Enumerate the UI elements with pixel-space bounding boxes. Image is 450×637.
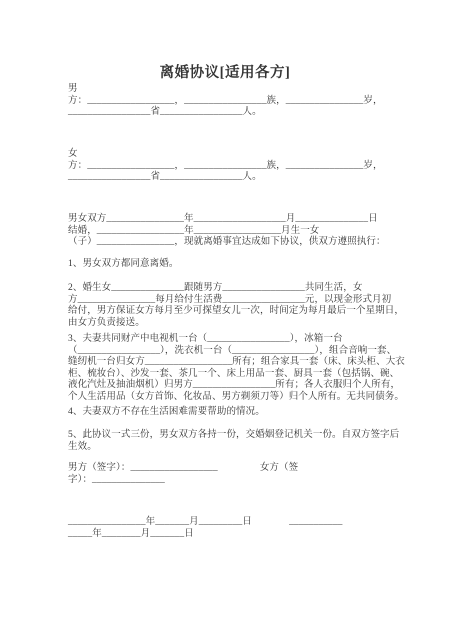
clause3-line-2: （_________________），洗衣机一台（______________…: [68, 346, 393, 358]
clause2-line-4: 由女方负责接送。: [68, 318, 393, 330]
clause4-line-1: 4、夫妻双方不存在生活困难需要帮助的情况。: [68, 407, 393, 419]
document-title: 离婚协议[适用各方]: [0, 61, 450, 82]
male-line-2: 方：__________________，_________________族，…: [68, 96, 393, 108]
clause2-line-2: 方________________每月给付生活费________________…: [68, 295, 393, 307]
male-line-1: 男: [68, 84, 393, 96]
clause3-line-1: 3、夫妻共同财产中电视机一台（_________________），冰箱一台: [68, 334, 393, 346]
male-line-3: _________________省_________________人。: [68, 107, 393, 119]
marriage-intro-paragraph: 男女双方________________年___________________…: [68, 214, 393, 249]
clause2-line-3: 给付，男方保证女方每月至少可探望女儿一次，时间定为每月最后一个星期日，: [68, 306, 393, 318]
signature-section: 男方（签字）：__________________ 女方（签 字）：______…: [68, 463, 393, 486]
party-female-section: 女 方：__________________，_________________…: [68, 149, 393, 184]
clause-4-no-hardship: 4、夫妻双方不存在生活困难需要帮助的情况。: [68, 407, 393, 419]
female-line-3: _________________省_________________人。: [68, 172, 393, 184]
signature-line-1: 男方（签字）：__________________ 女方（签: [68, 463, 393, 475]
marriage-line-3: （子）________________，现就离婚事宜达成如下协议，供双方遵照执行…: [68, 237, 393, 249]
marriage-line-1: 男女双方________________年___________________…: [68, 214, 393, 226]
clause3-line-4: 柜、梳妆台）、沙发一套、茶几一个、床上用品一套、厨具一套（包括锅、碗、: [68, 369, 393, 381]
clause-5-copies-effectiveness: 5、此协议一式三份，男女双方各持一份，交婚姻登记机关一份。自双方签字后 生效。: [68, 430, 393, 453]
signature-line-2: 字）：_______________: [68, 475, 393, 487]
clause1-line-1: 1、男女双方都同意离婚。: [68, 259, 393, 271]
clause3-line-6: 个人生活用品（女方首饰、化妆品、男方剃须刀等）归个人所有。无共同债务。: [68, 392, 393, 404]
female-line-1: 女: [68, 149, 393, 161]
date-line-2: _____年________月_______日: [68, 529, 393, 541]
party-male-section: 男 方：__________________，_________________…: [68, 84, 393, 119]
clause-2-child-custody: 2、婚生女_______________跟随男方________________…: [68, 283, 393, 329]
clause5-line-2: 生效。: [68, 442, 393, 454]
marriage-line-2: 结婚，__________________年__________________…: [68, 226, 393, 238]
clause2-line-1: 2、婚生女_______________跟随男方________________…: [68, 283, 393, 295]
clause3-line-5: 液化汽灶及抽油烟机）归男方_________________所有；各人衣服归个人…: [68, 380, 393, 392]
clause5-line-1: 5、此协议一式三份，男女双方各持一份，交婚姻登记机关一份。自双方签字后: [68, 430, 393, 442]
date-line-1: ________________年_______月_________日 ____…: [68, 517, 393, 529]
clause3-line-3: 缝纫机一台归女方__________________所有；组合家具一套（床、床头…: [68, 357, 393, 369]
clause-3-property-division: 3、夫妻共同财产中电视机一台（_________________），冰箱一台 （…: [68, 334, 393, 404]
clause-1-divorce-consent: 1、男女双方都同意离婚。: [68, 259, 393, 271]
female-line-2: 方：__________________，_________________族，…: [68, 161, 393, 173]
document-page: 离婚协议[适用各方] 男 方：__________________，______…: [0, 0, 450, 637]
date-section: ________________年_______月_________日 ____…: [68, 517, 393, 540]
